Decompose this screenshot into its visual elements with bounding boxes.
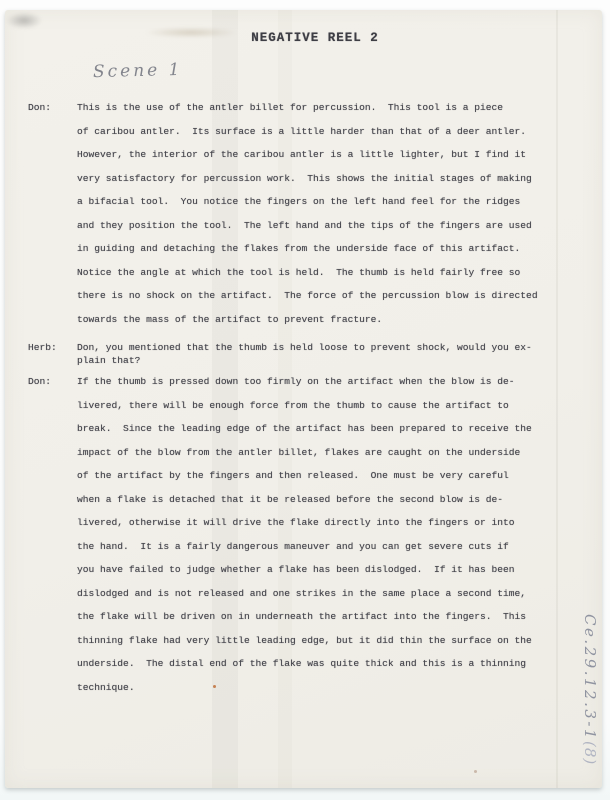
dialogue-line: you have failed to judge whether a flake… <box>77 558 558 582</box>
dialogue-line: the hand. It is a fairly dangerous maneu… <box>77 535 558 559</box>
catalog-number-suffix: (8) <box>581 741 599 765</box>
page-title: NEGATIVE REEL 2 <box>10 31 610 45</box>
dialogue-line: If the thumb is pressed down too firmly … <box>77 370 558 394</box>
catalog-number-text: Ce.29.12.3-1 <box>581 614 599 741</box>
dialogue-line: Don, you mentioned that the thumb is hel… <box>77 341 558 354</box>
dialogue-line: Notice the angle at which the tool is he… <box>77 261 558 285</box>
handwritten-scene-label: Scene 1 <box>93 60 183 82</box>
dialogue: Don: This is the use of the antler bille… <box>28 96 558 699</box>
dialogue-line: dislodged and is not released and one st… <box>77 582 558 606</box>
corner-smudge <box>6 12 42 29</box>
dialogue-line: a bifacial tool. You notice the fingers … <box>77 190 558 214</box>
dialogue-line: break. Since the leading edge of the art… <box>77 417 558 441</box>
handwritten-catalog-number: Ce.29.12.3-1(8) <box>581 614 599 765</box>
dialogue-lines: This is the use of the antler billet for… <box>77 96 558 331</box>
dialogue-line: in guiding and detaching the flakes from… <box>77 237 558 261</box>
dialogue-lines: If the thumb is pressed down too firmly … <box>77 370 558 699</box>
dialogue-line: when a flake is detached that it be rele… <box>77 488 558 512</box>
dialogue-line: of caribou antler. Its surface is a litt… <box>77 120 558 144</box>
paper-speck <box>474 770 477 773</box>
dialogue-line: livered, there will be enough force from… <box>77 394 558 418</box>
dialogue-block: Don: This is the use of the antler bille… <box>28 96 558 331</box>
dialogue-line: livered, otherwise it will drive the fla… <box>77 511 558 535</box>
dialogue-line: of the artifact by the fingers and then … <box>77 464 558 488</box>
dialogue-line: However, the interior of the caribou ant… <box>77 143 558 167</box>
dialogue-line: technique. <box>77 676 558 700</box>
dialogue-line: This is the use of the antler billet for… <box>77 96 558 120</box>
dialogue-line: towards the mass of the artifact to prev… <box>77 308 558 332</box>
dialogue-line: thinning flake had very little leading e… <box>77 629 558 653</box>
speaker-label: Herb: <box>28 341 77 354</box>
speaker-label: Don: <box>28 96 77 120</box>
dialogue-block: Herb: Don, you mentioned that the thumb … <box>28 341 558 367</box>
dialogue-line: there is no shock on the artifact. The f… <box>77 284 558 308</box>
dialogue-line: impact of the blow from the antler bille… <box>77 441 558 465</box>
dialogue-lines: Don, you mentioned that the thumb is hel… <box>77 341 558 367</box>
document-scan: { "document": { "title": "NEGATIVE REEL … <box>0 0 610 800</box>
speaker-label: Don: <box>28 370 77 394</box>
dialogue-line: and they position the tool. The left han… <box>77 214 558 238</box>
dialogue-line: plain that? <box>77 354 558 367</box>
dialogue-block: Don: If the thumb is pressed down too fi… <box>28 370 558 699</box>
dialogue-line: underside. The distal end of the flake w… <box>77 652 558 676</box>
dialogue-line: very satisfactory for percussion work. T… <box>77 167 558 191</box>
dialogue-line: the flake will be driven on in underneat… <box>77 605 558 629</box>
